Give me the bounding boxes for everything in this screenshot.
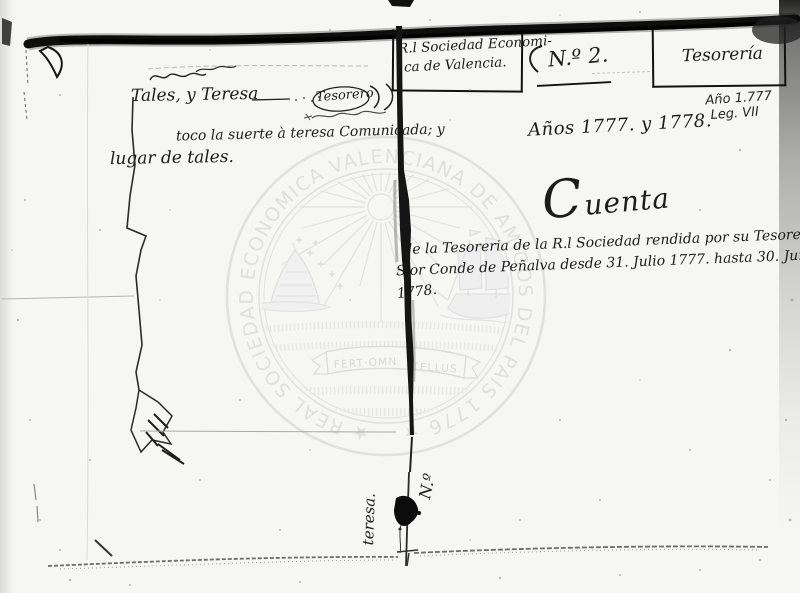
subtitle-line3: 1778. [396, 279, 448, 305]
motto-left: FERT·OMN [334, 356, 398, 371]
years-line: Años 1777. y 1778. [528, 111, 713, 140]
left-note-line2: toco la suerte à teresa Comunicada; y [176, 122, 445, 144]
stars [295, 236, 344, 290]
archival-note: Año 1.777 Leg. VII [705, 89, 773, 124]
spine-note-number: N.º [416, 472, 439, 501]
left-note-line1-end: Tesorero [316, 87, 375, 105]
spine-note-name: teresa. [360, 493, 378, 546]
mound [252, 302, 330, 312]
field-bands [238, 325, 532, 440]
subtitle: de la Tesoreria de la R.l Sociedad rendi… [395, 224, 800, 304]
archival-note-line3: Leg. VII [710, 104, 773, 123]
motto-right: TELLUS [411, 361, 458, 375]
document-number: N.º 2. [547, 43, 609, 71]
left-note-line1: Tales, y Teresa [131, 85, 259, 106]
beehive-icon [270, 243, 320, 306]
number-underline [537, 81, 611, 87]
motto-ribbon: FERT·OMN TELLUS [312, 346, 480, 378]
scanned-document: ★ REAL SOCIEDAD ECONOMICA VALENCIANA DE … [0, 0, 800, 593]
ink-blot [394, 496, 421, 553]
scan-left-edge [0, 0, 14, 593]
number-underline-faint [592, 71, 650, 74]
creases [2, 44, 396, 560]
left-note-line3: lugar de tales. [110, 148, 234, 169]
treasury-label: Tesorería [682, 45, 764, 67]
page-title: Cuenta [540, 163, 672, 231]
bottom-page-edges [48, 546, 768, 569]
rocks [230, 350, 290, 405]
sun-icon [368, 194, 394, 220]
